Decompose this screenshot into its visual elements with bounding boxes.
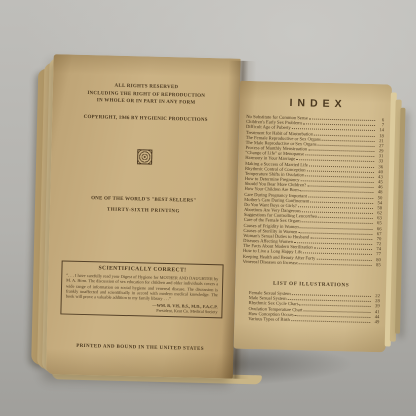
illustrations-list: Female Sexual System22Male Sexual System… — [248, 290, 380, 324]
open-book: ALL RIGHTS RESERVED INCLUDING THE RIGHT … — [0, 0, 416, 416]
photo-of-open-book: ALL RIGHTS RESERVED INCLUDING THE RIGHT … — [0, 0, 416, 416]
right-page-index: INDEX No Substitute for Common Sense6Chi… — [234, 81, 393, 353]
dotted-leader — [299, 263, 372, 266]
index-heading: INDEX — [239, 96, 391, 112]
entry-title: Various Types of Birth — [248, 316, 290, 322]
bestseller-line: ONE OF THE WORLD'S "BEST SELLERS" — [50, 195, 237, 205]
index-entry-list: No Substitute for Common Sense6Children'… — [243, 114, 385, 267]
testimonial-body: “. . . I have carefully read your Digest… — [66, 273, 219, 303]
rights-statement: ALL RIGHTS RESERVED INCLUDING THE RIGHT … — [52, 81, 240, 108]
publisher-ornament-icon — [137, 149, 152, 164]
printed-in-us-line: PRINTED AND BOUND IN THE UNITED STATES — [47, 343, 234, 353]
copyright-line: COPYRIGHT, 1946 BY HYGIENIC PRODUCTIONS — [52, 114, 239, 124]
illustrations-heading: LIST OF ILLUSTRATIONS — [235, 280, 387, 290]
entry-page-number: 49 — [371, 319, 379, 324]
left-page-copyright: ALL RIGHTS RESERVED INCLUDING THE RIGHT … — [46, 54, 241, 378]
testimonial-box: SCIENTIFICALLY CORRECT! “. . . I have ca… — [60, 260, 223, 318]
printing-line: THIRTY-SIXTH PRINTING — [50, 206, 237, 216]
entry-page-number: 85 — [373, 262, 381, 267]
dotted-leader — [291, 320, 370, 323]
entry-title: Venereal Diseases on Increase — [243, 259, 299, 265]
